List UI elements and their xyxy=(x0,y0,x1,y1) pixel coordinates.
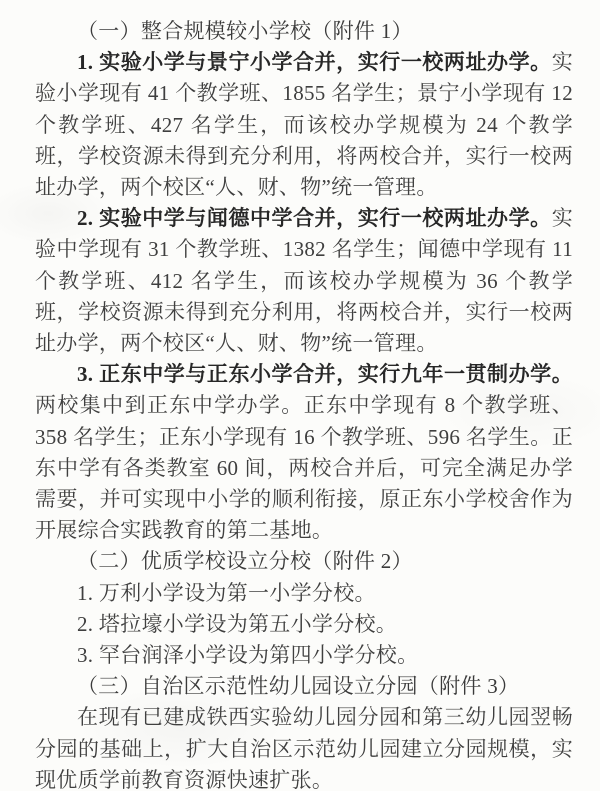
merger-paragraph-1-lead: 1. 实验小学与景宁小学合并，实行一校两址办学。 xyxy=(77,50,552,74)
merger-paragraph-3-lead: 3. 正东中学与正东小学合并，实行九年一贯制办学。 xyxy=(77,362,573,386)
merger-paragraph-zhengdong: 3. 正东中学与正东小学合并，实行九年一贯制办学。两校集中到正东中学办学。正东中… xyxy=(35,359,573,546)
merger-paragraph-experimental-middle: 2. 实验中学与闻德中学合并，实行一校两址办学。实验中学现有 31 个教学班、1… xyxy=(35,203,573,359)
document-page: （一）整合规模较小学校（附件 1） 1. 实验小学与景宁小学合并，实行一校两址办… xyxy=(0,0,600,791)
branch-school-item-wanli: 1. 万利小学设为第一小学分校。 xyxy=(35,578,573,609)
branch-school-item-talahao: 2. 塔拉壕小学设为第五小学分校。 xyxy=(35,609,573,640)
kindergarten-paragraph: 在现有已建成铁西实验幼儿园分园和第三幼儿园翌畅分园的基础上，扩大自治区示范幼儿园… xyxy=(35,702,573,791)
kindergarten-paragraph-body: 在现有已建成铁西实验幼儿园分园和第三幼儿园翌畅分园的基础上，扩大自治区示范幼儿园… xyxy=(35,705,573,791)
merger-paragraph-experimental-primary: 1. 实验小学与景宁小学合并，实行一校两址办学。实验小学现有 41 个教学班、1… xyxy=(35,47,573,203)
section-heading-consolidate-small-schools: （一）整合规模较小学校（附件 1） xyxy=(35,16,573,47)
section-heading-branch-schools: （二）优质学校设立分校（附件 2） xyxy=(35,546,573,577)
branch-school-item-hantai-runze: 3. 罕台润泽小学设为第四小学分校。 xyxy=(35,640,573,671)
merger-paragraph-2-lead: 2. 实验中学与闻德中学合并，实行一校两址办学。 xyxy=(77,206,552,230)
section-heading-kindergarten-branches: （三）自治区示范性幼儿园设立分园（附件 3） xyxy=(35,671,573,702)
merger-paragraph-3-body: 两校集中到正东中学办学。正东中学现有 8 个教学班、358 名学生；正东小学现有… xyxy=(35,393,573,542)
